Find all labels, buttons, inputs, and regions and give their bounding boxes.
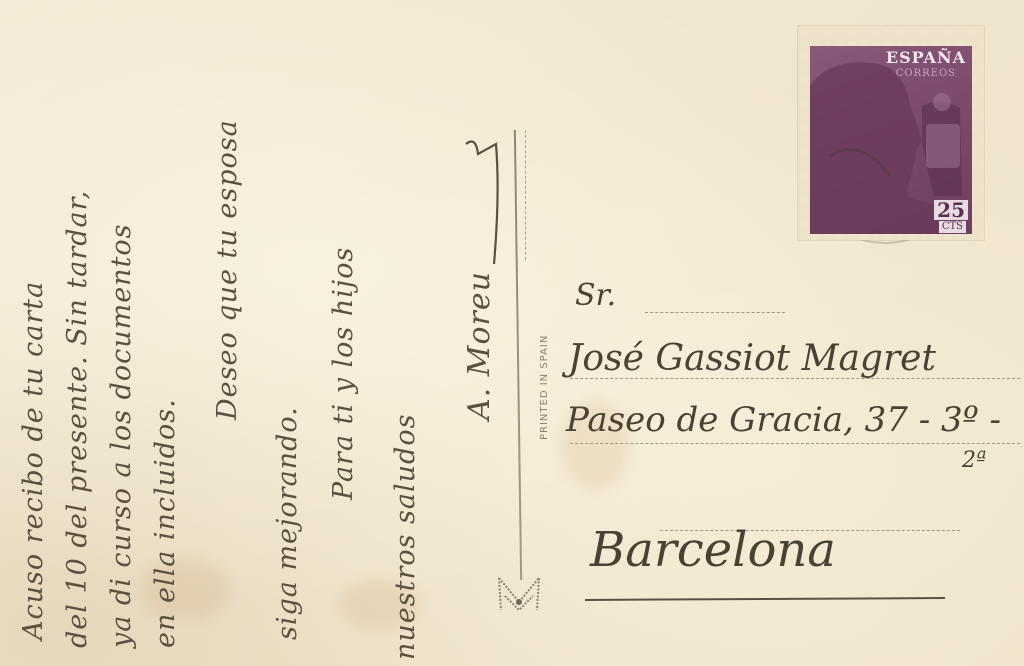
address-guide-line [570, 443, 1020, 444]
postcard-back: Acuso recibo de tu carta del 10 del pres… [0, 0, 1024, 666]
stamp-unit: CTS [939, 221, 966, 233]
stamp-value: 25 [934, 200, 968, 220]
maker-mark-icon [495, 572, 543, 614]
message-line: Deseo que tu esposa [212, 119, 243, 420]
message-line: Acuso recibo de tu carta [18, 281, 49, 640]
message-line: siga mejorando. [272, 406, 303, 640]
divider-guide [525, 130, 526, 260]
message-line: en ella incluidos. [150, 398, 181, 648]
message-line: Para ti y los hijos [328, 247, 359, 500]
city-underline [585, 597, 945, 601]
message-line: nuestros saludos [390, 414, 421, 660]
address-name: José Gassiot Magret [568, 338, 936, 379]
printed-in-spain-label: PRINTED IN SPAIN [539, 335, 550, 440]
divider-line [514, 130, 522, 580]
postage-stamp: ESPAÑA CORREOS 25 CTS [798, 26, 984, 240]
message-line: del 10 del presente. Sin tardar, [62, 190, 93, 648]
address-street: Paseo de Gracia, 37 - 3º - [566, 400, 1001, 440]
address-guide-line [570, 378, 1020, 379]
signature-flourish [456, 134, 506, 274]
signature: A. Moreu [462, 271, 497, 420]
stamp-design: ESPAÑA CORREOS 25 CTS [810, 46, 972, 234]
address-salutation: Sr. [575, 278, 616, 313]
stamp-country: ESPAÑA [886, 48, 966, 67]
address-city: Barcelona [590, 522, 836, 578]
message-line: ya di curso a los documentos [106, 223, 137, 648]
stamp-subtitle: CORREOS [896, 68, 956, 79]
address-guide-line [645, 312, 785, 313]
address-floor: 2ª [962, 448, 986, 473]
